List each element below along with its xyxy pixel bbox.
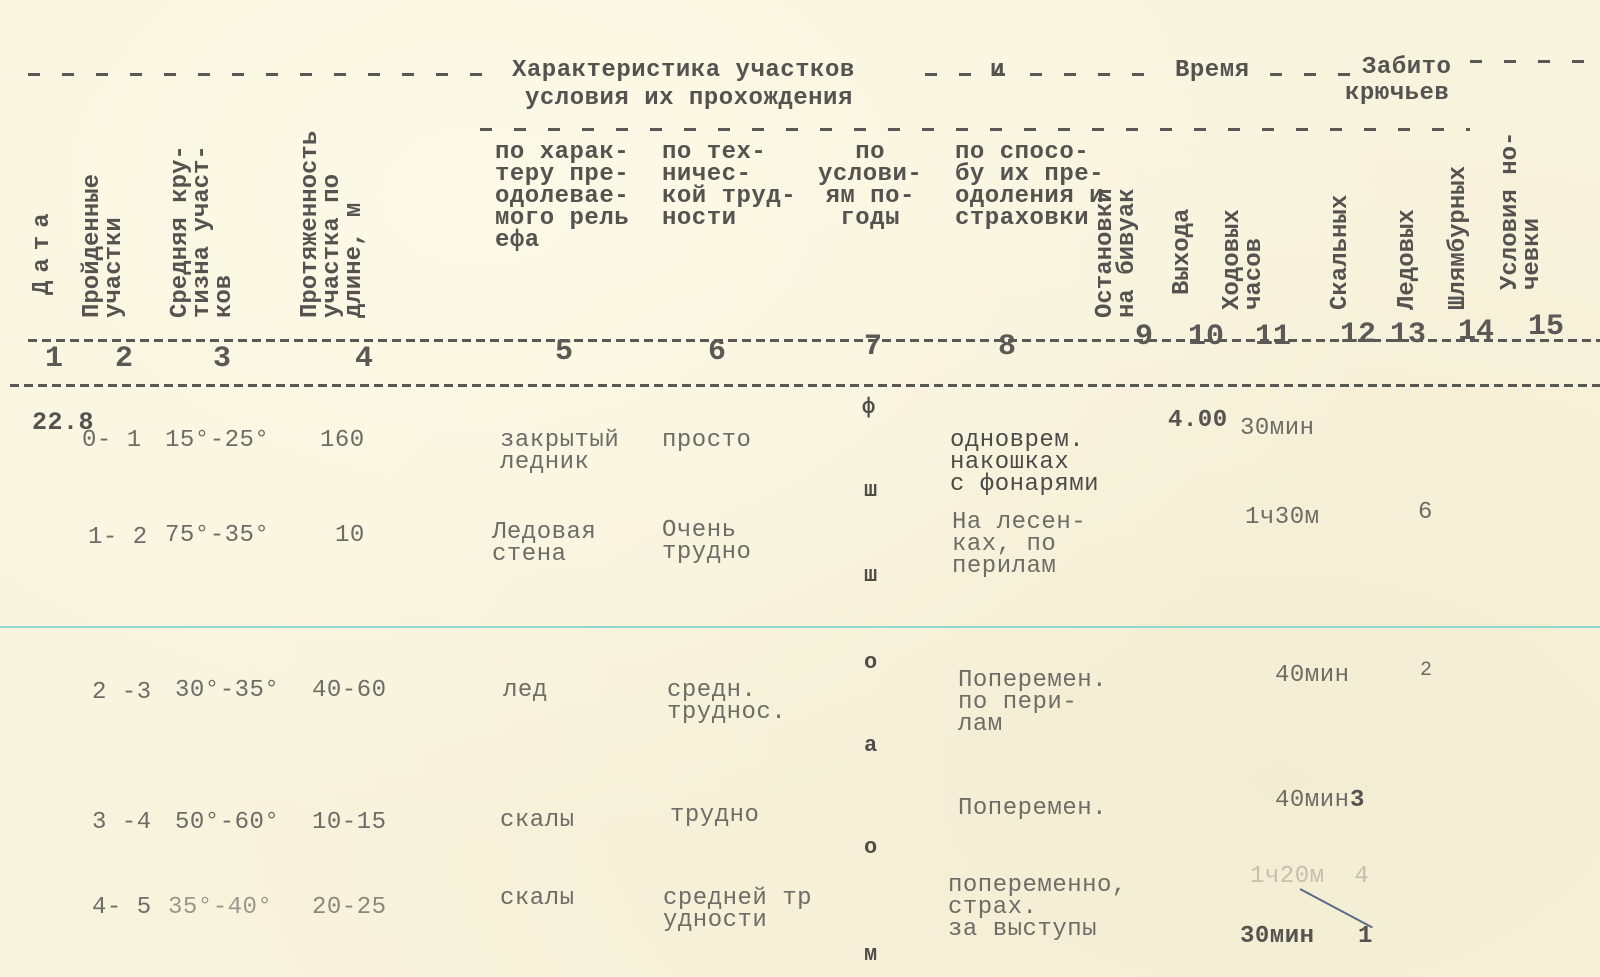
col-num-5: 5 <box>555 335 573 369</box>
row-section: 0- 1 <box>82 430 142 452</box>
header-top-rule-left <box>28 73 498 76</box>
header-sub-rule <box>480 128 1470 131</box>
row-length: 20-25 <box>312 897 387 919</box>
weather-marker-2: ш <box>864 478 877 503</box>
header-top-rule-far <box>1470 60 1600 63</box>
row-rock-pitons: 1 <box>1358 926 1373 948</box>
row-section: 2 -3 <box>92 682 152 704</box>
col-header-rock: Скальных <box>1330 195 1352 310</box>
col-num-10: 10 <box>1188 320 1224 354</box>
group-header-conj: и <box>990 60 1005 82</box>
col-num-7: 7 <box>864 330 882 364</box>
row-difficulty: средней трудности <box>663 888 823 932</box>
row-difficulty: трудно <box>670 805 759 827</box>
col-header-ice: Ледовых <box>1397 209 1419 310</box>
header-top-rule-mid2 <box>1030 73 1165 76</box>
row-hours: 40мин <box>1275 790 1350 812</box>
col-header-length: Протяженность участка по длине, м <box>300 131 366 318</box>
row-hours: 30мин <box>1240 418 1315 440</box>
row-section: 1- 2 <box>88 527 148 549</box>
row-relief: скалы <box>500 810 575 832</box>
col-header-exit: Выхода <box>1172 209 1194 295</box>
row-exit-time: 4.00 <box>1168 410 1228 432</box>
row-rock-pitons: 3 <box>1350 790 1365 812</box>
column-number-bottom-rule <box>10 384 1600 387</box>
col-num-4: 4 <box>355 342 373 376</box>
col-num-6: 6 <box>708 335 726 369</box>
row-method: попеременно, страх. за выступы <box>948 875 1148 941</box>
col-num-3: 3 <box>213 342 231 376</box>
row-relief: закрытый ледник <box>500 430 619 474</box>
col-num-13: 13 <box>1390 318 1426 352</box>
row-difficulty: средн. труднос. <box>667 680 786 724</box>
col-header-weather: по услови- ям по- годы <box>818 142 922 230</box>
col-num-11: 11 <box>1255 320 1291 354</box>
row-method: Поперемен. <box>958 798 1107 820</box>
row-difficulty: просто <box>662 430 751 452</box>
row-hours: 30мин <box>1240 926 1315 948</box>
row-method: одноврем. накошках с фонарями <box>950 430 1099 496</box>
row-relief: скалы <box>500 888 575 910</box>
row-faded-entry: 1ч20м 4 <box>1250 866 1369 888</box>
col-num-15: 15 <box>1528 310 1564 344</box>
row-length: 40-60 <box>312 680 387 702</box>
row-section: 3 -4 <box>92 812 152 834</box>
weather-marker-6: о <box>864 835 877 860</box>
row-hours: 1ч30м <box>1245 507 1320 529</box>
col-header-hours: Ходовых часов <box>1222 209 1266 310</box>
row-relief: лед <box>503 680 548 702</box>
row-length: 10 <box>335 525 365 547</box>
col-num-12: 12 <box>1340 318 1376 352</box>
group-header-pitons-2: крючьев <box>1345 83 1449 105</box>
row-hours: 40мин <box>1275 665 1350 687</box>
col-header-date: Дата <box>32 205 54 295</box>
col-header-bivouac-conditions: Условия но- чевки <box>1500 132 1544 290</box>
row-steepness: 75°-35° <box>165 525 269 547</box>
col-num-14: 14 <box>1458 315 1494 349</box>
row-ice-pitons: 2 <box>1420 660 1433 682</box>
group-header-conditions: условия их прохождения <box>525 88 853 110</box>
row-steepness: 50°-60° <box>175 812 279 834</box>
scan-guide-line <box>0 626 1600 628</box>
col-header-method: по спосо- бу их пре- одоления и страховк… <box>955 142 1104 230</box>
row-method: На лесен- ках, по перилам <box>952 512 1086 578</box>
row-steepness: 15°-25° <box>165 430 269 452</box>
row-length: 10-15 <box>312 812 387 834</box>
row-section: 4- 5 <box>92 897 152 919</box>
row-method: Поперемен. по пери- лам <box>958 670 1107 736</box>
weather-marker-5: а <box>864 733 877 758</box>
group-header-characteristics: Характеристика участков <box>512 60 855 82</box>
col-num-2: 2 <box>115 342 133 376</box>
row-ice-pitons: 6 <box>1418 502 1433 524</box>
weather-marker-1: ф <box>862 395 875 420</box>
col-header-relief: по харак- теру пре- одолевае- мого рель … <box>495 142 629 252</box>
row-relief: Ледовая стена <box>492 522 596 566</box>
weather-marker-3: ш <box>864 563 877 588</box>
col-num-8: 8 <box>998 330 1016 364</box>
row-steepness: 35°-40° <box>168 897 272 919</box>
col-num-9: 9 <box>1135 320 1153 354</box>
col-header-bolts: Шлямбурных <box>1448 166 1470 310</box>
weather-marker-4: о <box>864 650 877 675</box>
row-steepness: 30°-35° <box>175 680 279 702</box>
row-length: 160 <box>320 430 365 452</box>
col-header-technical: по тех- ничес- кой труд- ности <box>662 142 796 230</box>
col-header-sections: Пройденные участки <box>82 174 126 318</box>
row-difficulty: Очень трудно <box>662 520 751 564</box>
col-header-steepness: Средняя кру- тизна участ- ков <box>170 145 236 318</box>
group-header-time: Время <box>1175 60 1250 82</box>
col-num-1: 1 <box>45 342 63 376</box>
weather-marker-7: м <box>864 942 877 967</box>
group-header-pitons: Забито <box>1362 57 1451 79</box>
header-top-rule-right <box>1270 73 1350 76</box>
